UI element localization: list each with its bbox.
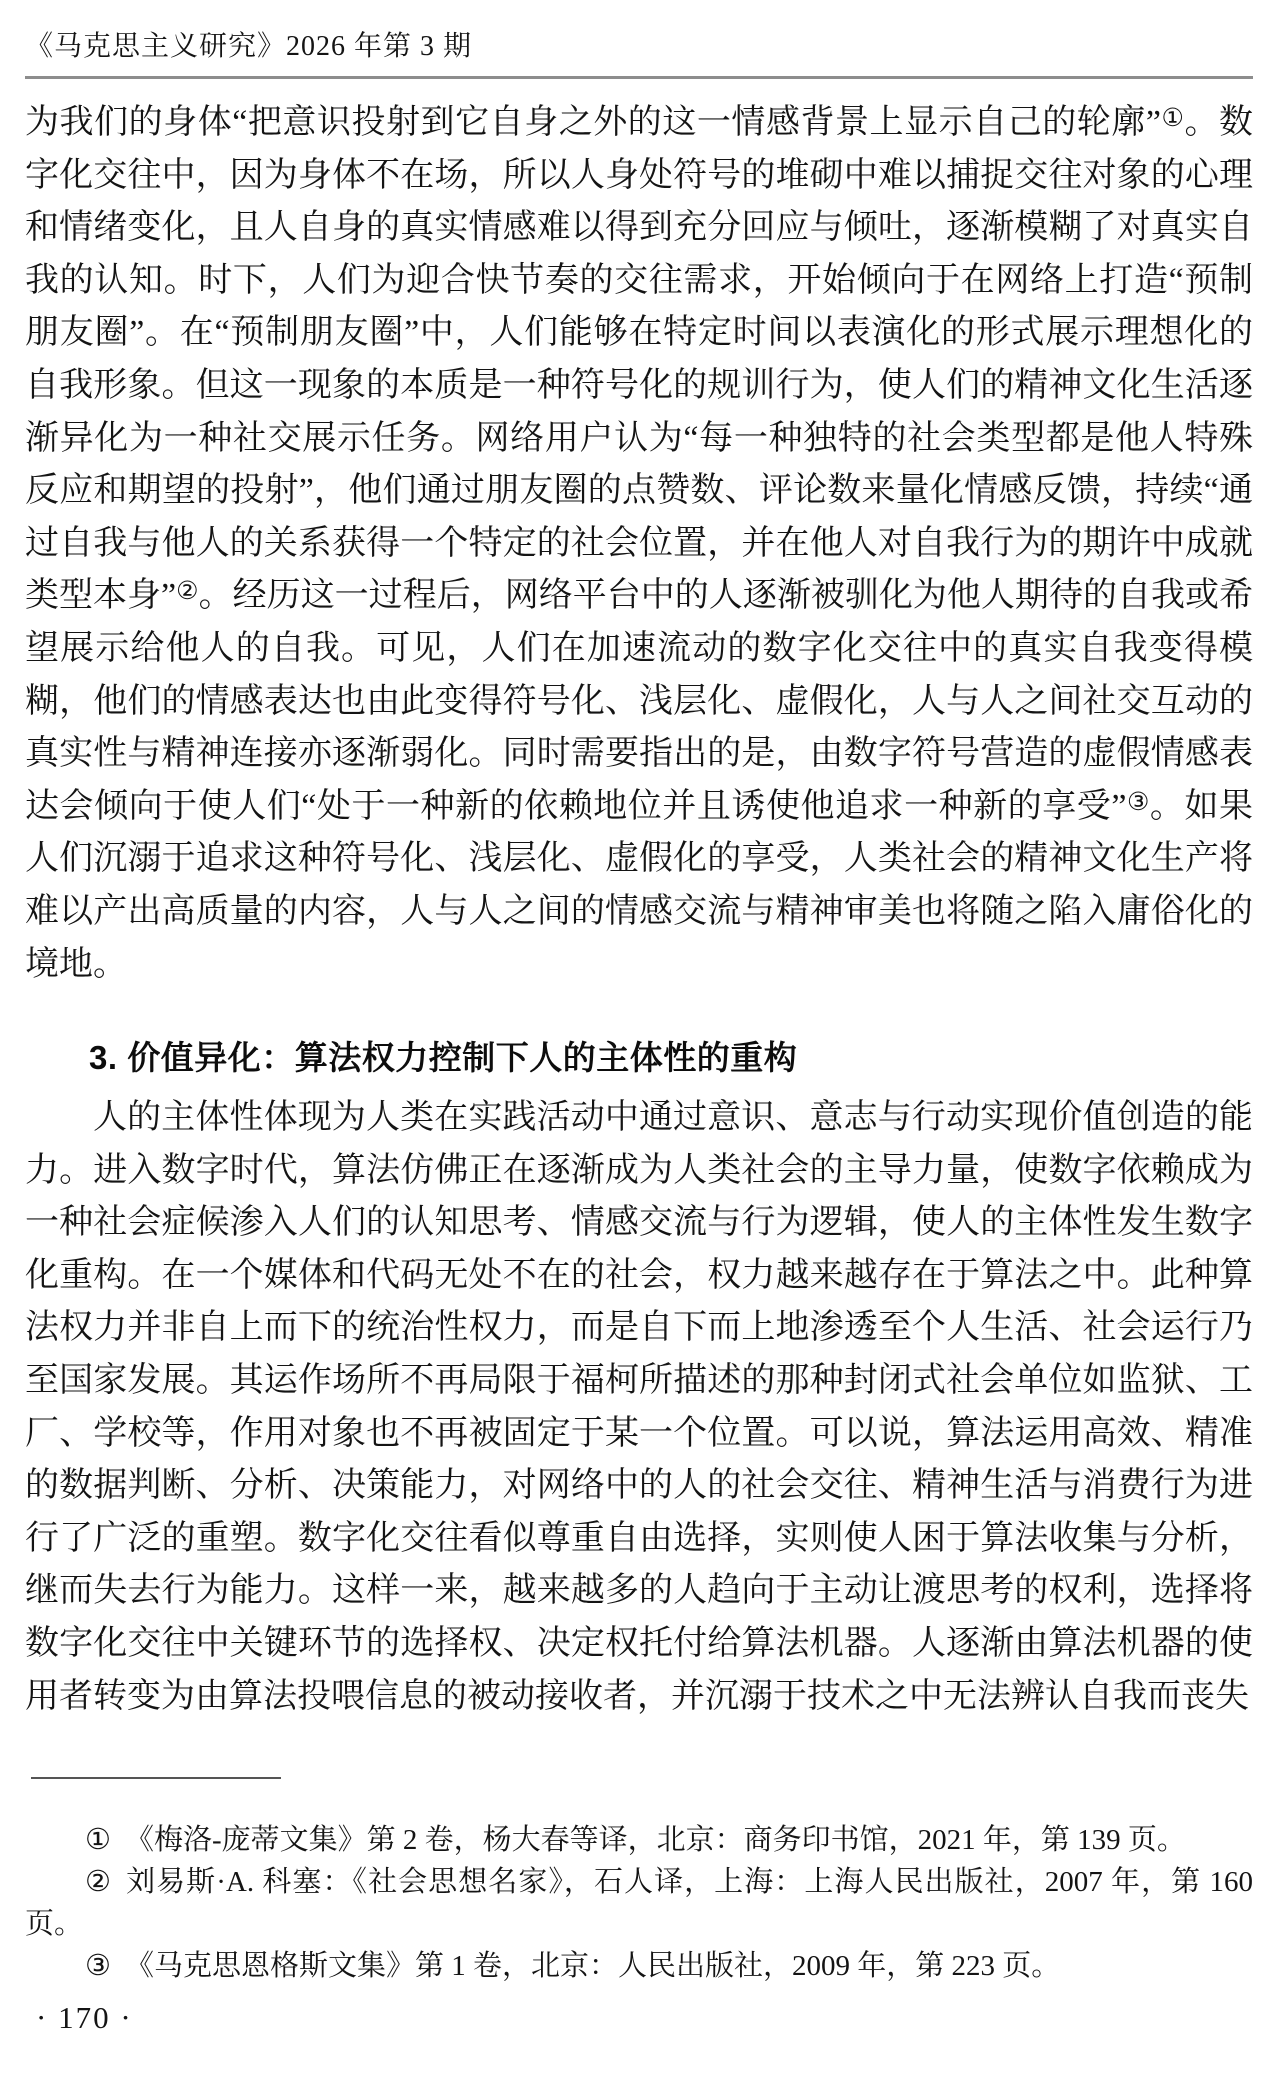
footnote-item: ①《梅洛-庞蒂文集》第 2 卷，杨大春等译，北京：商务印书馆，2021 年，第 … (25, 1819, 1253, 1861)
page-number: · 170 · (36, 2000, 133, 2036)
footnotes-section: ①《梅洛-庞蒂文集》第 2 卷，杨大春等译，北京：商务印书馆，2021 年，第 … (25, 1819, 1253, 1987)
article-body: 为我们的身体“把意识投射到它自身之外的这一情感背景上显示自己的轮廓”①。数字化交… (25, 97, 1253, 1723)
footnote-item: ③《马克思恩格斯文集》第 1 卷，北京：人民出版社，2009 年，第 223 页… (25, 1945, 1253, 1987)
text-run: 。经历这一过程后，网络平台中的人逐渐被驯化为他人期待的自我或希望展示给他人的自我… (25, 577, 1253, 824)
journal-title: 《马克思主义研究》2026 年第 3 期 (25, 30, 1253, 64)
section-heading: 3. 价值异化：算法权力控制下人的主体性的重构 (25, 1031, 1253, 1084)
footnote-marker: ① (85, 1824, 111, 1856)
footnote-separator-rule (31, 1777, 281, 1779)
text-run: 。数字化交往中，因为身体不在场，所以人身处符号的堆砌中难以捕捉交往对象的心理和情… (25, 104, 1253, 614)
footnote-ref-marker: ③ (1126, 789, 1150, 816)
footnote-ref-marker: ② (176, 578, 198, 605)
text-run: 为我们的身体“把意识投射到它自身之外的这一情感背景上显示自己的轮廓” (25, 104, 1161, 141)
footnote-ref-marker: ① (1161, 105, 1185, 132)
footnote-text: 刘易斯·A. 科塞：《社会思想名家》，石人译，上海：上海人民出版社，2007 年… (25, 1866, 1253, 1940)
paragraph-continuation: 为我们的身体“把意识投射到它自身之外的这一情感背景上显示自己的轮廓”①。数字化交… (25, 97, 1253, 991)
header-rule (25, 76, 1253, 79)
footnote-text: 《梅洛-庞蒂文集》第 2 卷，杨大春等译，北京：商务印书馆，2021 年，第 1… (125, 1824, 1186, 1856)
footnote-marker: ② (85, 1866, 112, 1898)
paragraph: 人的主体性体现为人类在实践活动中通过意识、意志与行动实现价值创造的能力。进入数字… (25, 1092, 1253, 1723)
footnote-marker: ③ (85, 1950, 111, 1982)
footnote-text: 《马克思恩格斯文集》第 1 卷，北京：人民出版社，2009 年，第 223 页。 (125, 1950, 1060, 1982)
journal-page: 《马克思主义研究》2026 年第 3 期 为我们的身体“把意识投射到它自身之外的… (0, 0, 1280, 2074)
footnote-item: ②刘易斯·A. 科塞：《社会思想名家》，石人译，上海：上海人民出版社，2007 … (25, 1861, 1253, 1945)
page-header: 《马克思主义研究》2026 年第 3 期 (25, 30, 1253, 64)
